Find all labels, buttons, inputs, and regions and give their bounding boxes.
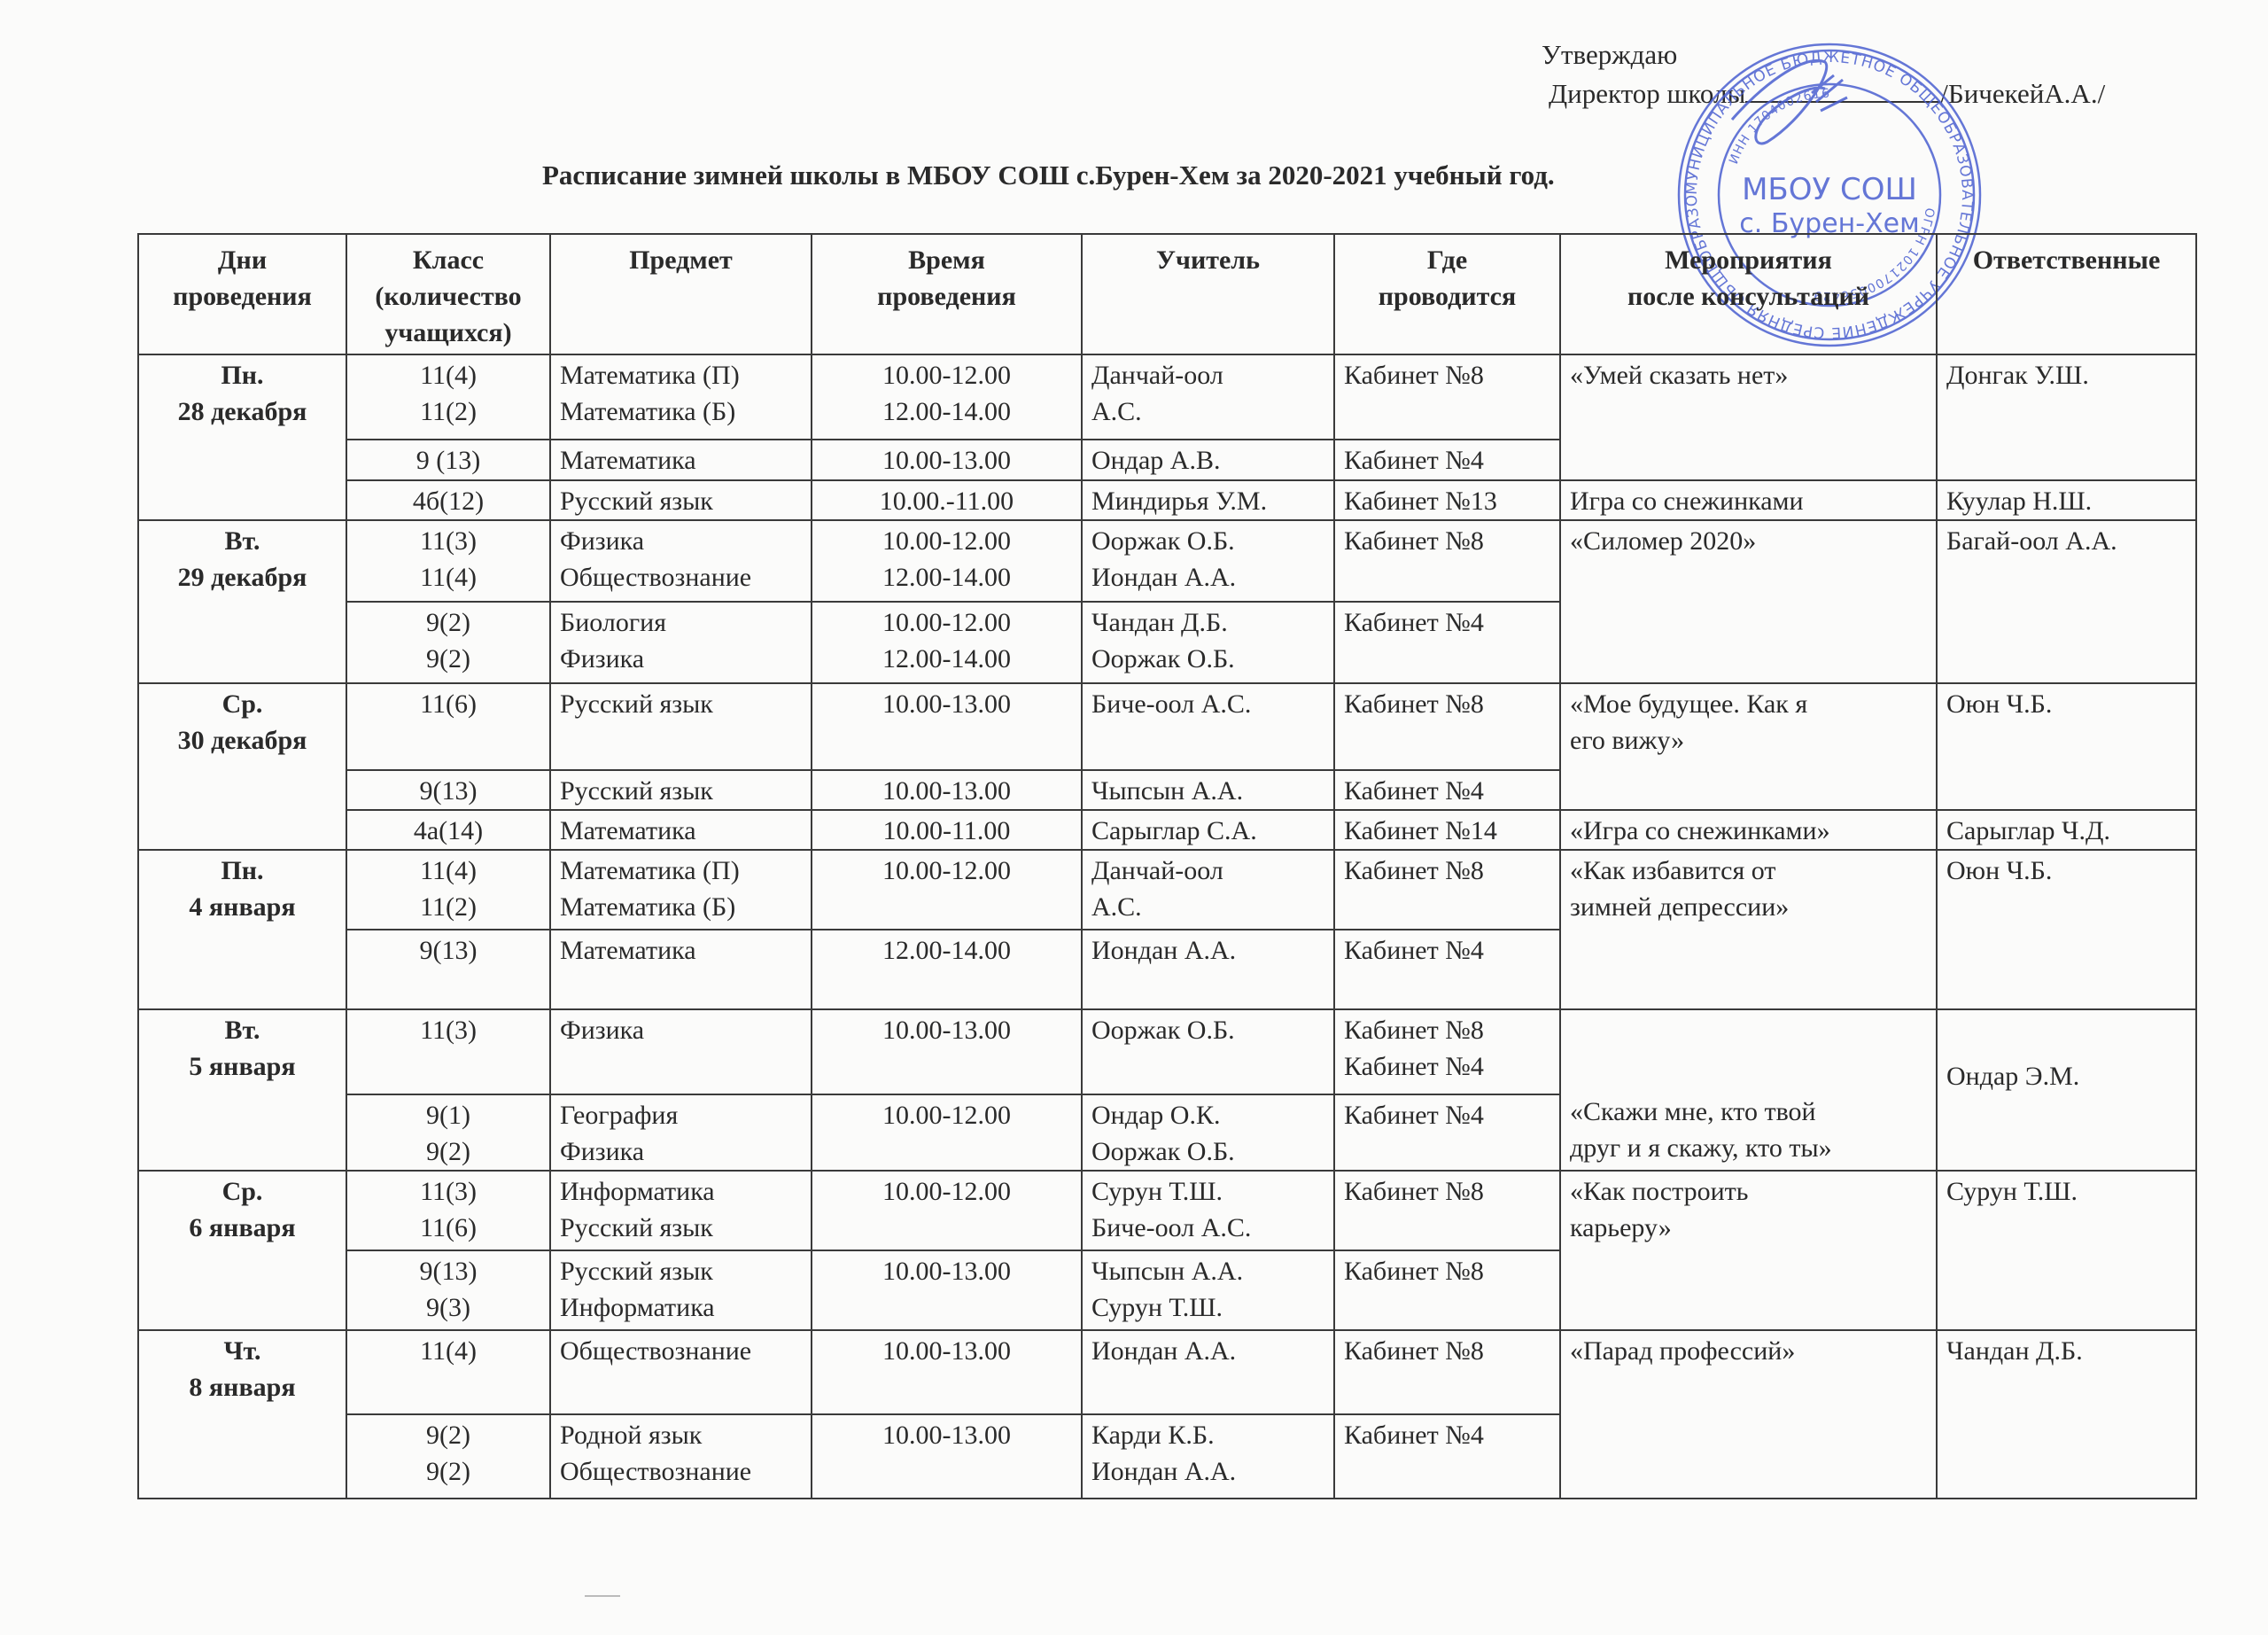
- class-cell: 9(2)9(2): [346, 602, 550, 683]
- teacher-cell: Чандан Д.Б.Ооржак О.Б.: [1082, 602, 1334, 683]
- event-cell: Игра со снежинками: [1560, 480, 1937, 520]
- subject-cell: Русский язык: [550, 480, 812, 520]
- time-cell: 10.00-13.00: [812, 1330, 1082, 1414]
- header-event: Мероприятияпосле консультаций: [1560, 234, 1937, 354]
- class-cell: 11(4)11(2): [346, 354, 550, 440]
- place-cell: Кабинет №14: [1334, 810, 1560, 850]
- day-cell: Пн.4 января: [138, 850, 346, 1009]
- class-cell: 11(3)11(4): [346, 520, 550, 602]
- teacher-cell: Данчай-оолА.С.: [1082, 354, 1334, 440]
- time-cell: 10.00-12.0012.00-14.00: [812, 602, 1082, 683]
- event-cell: «Умей сказать нет»: [1560, 354, 1937, 480]
- director-line: Директор школы/БичекейА.А./: [1549, 74, 2105, 113]
- responsible-cell: Донгак У.Ш.: [1937, 354, 2196, 480]
- class-cell: 9(13)9(3): [346, 1250, 550, 1330]
- time-cell: 10.00-12.00: [812, 1094, 1082, 1171]
- teacher-cell: Ондар О.К.Ооржак О.Б.: [1082, 1094, 1334, 1171]
- subject-cell: Математика: [550, 440, 812, 480]
- table-row: 4б(12)Русский язык10.00.-11.00Миндирья У…: [138, 480, 2196, 520]
- table-row: 4а(14)Математика10.00-11.00Сарыглар С.А.…: [138, 810, 2196, 850]
- subject-cell: Родной языкОбществознание: [550, 1414, 812, 1499]
- place-cell: Кабинет №4: [1334, 1094, 1560, 1171]
- day-cell: Ср.30 декабря: [138, 683, 346, 850]
- subject-cell: Математика (П)Математика (Б): [550, 354, 812, 440]
- place-cell: Кабинет №8: [1334, 683, 1560, 770]
- place-cell: Кабинет №4: [1334, 440, 1560, 480]
- subject-cell: Русский язык: [550, 683, 812, 770]
- subject-cell: ФизикаОбществознание: [550, 520, 812, 602]
- schedule-body: Пн.28 декабря11(4)11(2)Математика (П)Мат…: [138, 354, 2196, 1499]
- event-cell: «Игра со снежинками»: [1560, 810, 1937, 850]
- teacher-cell: Ооржак О.Б.: [1082, 1009, 1334, 1094]
- place-cell: Кабинет №4: [1334, 602, 1560, 683]
- subject-cell: Русский языкИнформатика: [550, 1250, 812, 1330]
- time-cell: 12.00-14.00: [812, 930, 1082, 1009]
- place-cell: Кабинет №8: [1334, 850, 1560, 930]
- day-cell: Ср.6 января: [138, 1171, 346, 1330]
- time-cell: 10.00-12.0012.00-14.00: [812, 520, 1082, 602]
- responsible-cell: Чандан Д.Б.: [1937, 1330, 2196, 1499]
- teacher-cell: Биче-оол А.С.: [1082, 683, 1334, 770]
- director-label: Директор школы: [1549, 78, 1745, 109]
- place-cell: Кабинет №4: [1334, 930, 1560, 1009]
- header-class: Класс(количествоучащихся): [346, 234, 550, 354]
- approval-block: Утверждаю Директор школы/БичекейА.А./: [1542, 35, 2105, 113]
- class-cell: 4а(14): [346, 810, 550, 850]
- class-cell: 4б(12): [346, 480, 550, 520]
- header-responsible: Ответственные: [1937, 234, 2196, 354]
- time-cell: 10.00-13.00: [812, 440, 1082, 480]
- class-cell: 9 (13): [346, 440, 550, 480]
- teacher-cell: Чыпсын А.А.: [1082, 770, 1334, 810]
- teacher-cell: Сурун Т.Ш.Биче-оол А.С.: [1082, 1171, 1334, 1250]
- place-cell: Кабинет №4: [1334, 1414, 1560, 1499]
- day-cell: Пн.28 декабря: [138, 354, 346, 520]
- class-cell: 11(4): [346, 1330, 550, 1414]
- subject-cell: Математика: [550, 930, 812, 1009]
- table-row: Чт.8 января11(4)Обществознание10.00-13.0…: [138, 1330, 2196, 1414]
- director-name: /БичекейА.А./: [1940, 78, 2105, 109]
- class-cell: 9(2)9(2): [346, 1414, 550, 1499]
- event-cell: «Скажи мне, кто твойдруг и я скажу, кто …: [1560, 1009, 1937, 1171]
- teacher-cell: Данчай-оолА.С.: [1082, 850, 1334, 930]
- day-cell: Чт.8 января: [138, 1330, 346, 1499]
- responsible-cell: Сурун Т.Ш.: [1937, 1171, 2196, 1330]
- table-row: Пн.4 января11(4)11(2)Математика (П)Матем…: [138, 850, 2196, 930]
- header-place: Гдепроводится: [1334, 234, 1560, 354]
- approve-label: Утверждаю: [1542, 35, 2105, 74]
- class-cell: 9(13): [346, 770, 550, 810]
- header-subject: Предмет: [550, 234, 812, 354]
- event-cell: «Как избавится отзимней депрессии»: [1560, 850, 1937, 1009]
- table-row: Вт.29 декабря11(3)11(4)ФизикаОбществозна…: [138, 520, 2196, 602]
- class-cell: 11(3): [346, 1009, 550, 1094]
- subject-cell: ИнформатикаРусский язык: [550, 1171, 812, 1250]
- responsible-cell: Багай-оол А.А.: [1937, 520, 2196, 683]
- time-cell: 10.00-12.0012.00-14.00: [812, 354, 1082, 440]
- time-cell: 10.00-13.00: [812, 683, 1082, 770]
- teacher-cell: Ооржак О.Б.Иондан А.А.: [1082, 520, 1334, 602]
- teacher-cell: Иондан А.А.: [1082, 930, 1334, 1009]
- teacher-cell: Ондар А.В.: [1082, 440, 1334, 480]
- place-cell: Кабинет №13: [1334, 480, 1560, 520]
- time-cell: 10.00-12.00: [812, 1171, 1082, 1250]
- responsible-cell: Оюн Ч.Б.: [1937, 683, 2196, 810]
- header-teacher: Учитель: [1082, 234, 1334, 354]
- subject-cell: ГеографияФизика: [550, 1094, 812, 1171]
- place-cell: Кабинет №8: [1334, 1330, 1560, 1414]
- teacher-cell: Чыпсын А.А.Сурун Т.Ш.: [1082, 1250, 1334, 1330]
- table-row: Ср.30 декабря11(6)Русский язык10.00-13.0…: [138, 683, 2196, 770]
- place-cell: Кабинет №8: [1334, 1171, 1560, 1250]
- responsible-cell: Ондар Э.М.: [1937, 1009, 2196, 1171]
- stamp-center-line1: МБОУ СОШ: [1742, 172, 1917, 207]
- place-cell: Кабинет №8Кабинет №4: [1334, 1009, 1560, 1094]
- table-row: Пн.28 декабря11(4)11(2)Математика (П)Мат…: [138, 354, 2196, 440]
- event-cell: «Мое будущее. Как яего вижу»: [1560, 683, 1937, 810]
- teacher-cell: Миндирья У.М.: [1082, 480, 1334, 520]
- class-cell: 11(4)11(2): [346, 850, 550, 930]
- class-cell: 9(13): [346, 930, 550, 1009]
- time-cell: 10.00-13.00: [812, 1250, 1082, 1330]
- subject-cell: Физика: [550, 1009, 812, 1094]
- time-cell: 10.00-13.00: [812, 1009, 1082, 1094]
- place-cell: Кабинет №8: [1334, 354, 1560, 440]
- event-cell: «Силомер 2020»: [1560, 520, 1937, 683]
- subject-cell: Обществознание: [550, 1330, 812, 1414]
- subject-cell: Математика (П)Математика (Б): [550, 850, 812, 930]
- day-cell: Вт.5 января: [138, 1009, 346, 1171]
- class-cell: 9(1)9(2): [346, 1094, 550, 1171]
- place-cell: Кабинет №8: [1334, 1250, 1560, 1330]
- subject-cell: Русский язык: [550, 770, 812, 810]
- signature-line: [1745, 76, 1940, 103]
- subject-cell: БиологияФизика: [550, 602, 812, 683]
- class-cell: 11(6): [346, 683, 550, 770]
- time-cell: 10.00-13.00: [812, 1414, 1082, 1499]
- time-cell: 10.00-11.00: [812, 810, 1082, 850]
- header-time: Времяпроведения: [812, 234, 1082, 354]
- document-title: Расписание зимней школы в МБОУ СОШ с.Бур…: [542, 160, 1555, 191]
- responsible-cell: Оюн Ч.Б.: [1937, 850, 2196, 1009]
- day-cell: Вт.29 декабря: [138, 520, 346, 683]
- table-row: Ср.6 января11(3)11(6)ИнформатикаРусский …: [138, 1171, 2196, 1250]
- time-cell: 10.00.-11.00: [812, 480, 1082, 520]
- responsible-cell: Куулар Н.Ш.: [1937, 480, 2196, 520]
- teacher-cell: Сарыглар С.А.: [1082, 810, 1334, 850]
- responsible-cell: Сарыглар Ч.Д.: [1937, 810, 2196, 850]
- event-cell: «Парад профессий»: [1560, 1330, 1937, 1499]
- table-row: Вт.5 января11(3)Физика10.00-13.00Ооржак …: [138, 1009, 2196, 1094]
- time-cell: 10.00-12.00: [812, 850, 1082, 930]
- scan-mark: [585, 1595, 620, 1597]
- schedule-table: Днипроведения Класс(количествоучащихся) …: [137, 233, 2197, 1499]
- teacher-cell: Иондан А.А.: [1082, 1330, 1334, 1414]
- place-cell: Кабинет №8: [1334, 520, 1560, 602]
- subject-cell: Математика: [550, 810, 812, 850]
- time-cell: 10.00-13.00: [812, 770, 1082, 810]
- class-cell: 11(3)11(6): [346, 1171, 550, 1250]
- place-cell: Кабинет №4: [1334, 770, 1560, 810]
- teacher-cell: Карди К.Б.Иондан А.А.: [1082, 1414, 1334, 1499]
- table-header-row: Днипроведения Класс(количествоучащихся) …: [138, 234, 2196, 354]
- header-day: Днипроведения: [138, 234, 346, 354]
- event-cell: «Как построитькарьеру»: [1560, 1171, 1937, 1330]
